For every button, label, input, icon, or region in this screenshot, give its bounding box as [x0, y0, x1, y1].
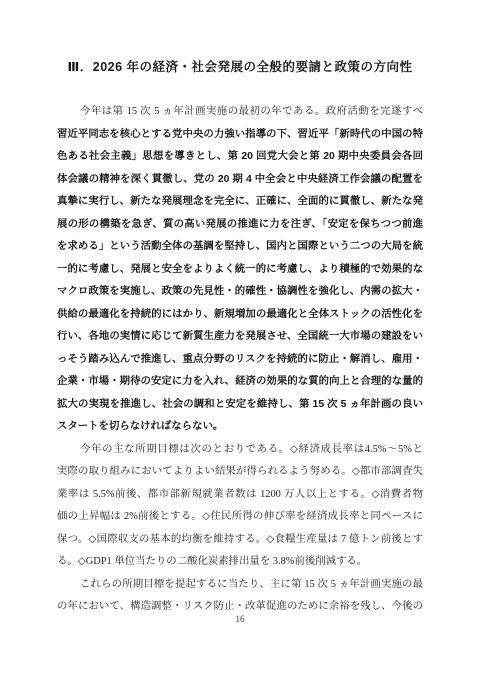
text-line: を求める」という活動全体の基調を堅持し、国内と国際という二つの大局を統: [57, 236, 423, 259]
text-line: 保つ。◇国際収支の基本的均衡を維持する。◇食糧生産量は 7 億トン前後とす: [57, 529, 423, 552]
text-line: スタートを切らなければならない。: [57, 416, 423, 439]
page-number: 16: [0, 614, 480, 624]
text-line: 拡大の実現を推進し、社会の調和と安定を維持し、第 15 次 5 ヵ年計画の良い: [57, 394, 423, 417]
text-line: 今年は第 15 次 5 ヵ年計画実施の最初の年である。政府活動を完遂すべく、: [57, 101, 423, 124]
text-line: 行い、各地の実情に応じて新質生産力を発展させ、全国統一大市場の建設をい: [57, 326, 423, 349]
text-line: 体会議の精神を深く貫徹し、党の 20 期 4 中全会と中央経済工作会議の配置を: [57, 169, 423, 192]
text-line: これらの所期目標を提起するに当たり、主に第 15 次 5 ヵ年計画実施の最初: [57, 574, 423, 597]
text-line: 展の形の構築を急ぎ、質の高い発展の推進に力を注ぎ、「安定を保ちつつ前進: [57, 214, 423, 237]
text-line: 実際の取り組みにおいてよりよい結果が得られるよう努める。◇都市部調査失: [57, 461, 423, 484]
text-line: 企業・市場・期待の安定に力を入れ、経済の効果的な質的向上と合理的な量的: [57, 371, 423, 394]
text-line: 業率は 5.5%前後、都市部新規就業者数は 1200 万人以上とする。◇消費者物: [57, 484, 423, 507]
text-line: 一的に考慮し、発展と安全をよりよく統一的に考慮し、より積極的で効果的な: [57, 259, 423, 282]
text-line: る。◇GDP1 単位当たりの二酸化炭素排出量を 3.8%前後削減する。: [57, 551, 423, 574]
text-line: 今年の主な所期目標は次のとおりである。◇経済成長率は4.5%～5%とし、: [57, 439, 423, 462]
document-page: Ⅲ．2026 年の経済・社会発展の全般的要請と政策の方向性 今年は第 15 次 …: [0, 0, 480, 679]
text-line: 色ある社会主義」思想を導きとし、第 20 回党大会と第 20 期中央委員会各回全: [57, 146, 423, 169]
text-line: っそう踏み込んで推進し、重点分野のリスクを持続的に防止・解消し、雇用・: [57, 349, 423, 372]
text-line: 供給の最適化を持続的にはかり、新規増加の最適化と全体ストックの活性化を: [57, 304, 423, 327]
text-line: 真摯に実行し、新たな発展理念を完全に、正確に、全面的に貫徹し、新たな発: [57, 191, 423, 214]
body-text: 今年は第 15 次 5 ヵ年計画実施の最初の年である。政府活動を完遂すべく、習近…: [57, 101, 423, 619]
section-title: Ⅲ．2026 年の経済・社会発展の全般的要請と政策の方向性: [0, 57, 480, 75]
text-line: 価の上昇幅は 2%前後とする。◇住民所得の伸び率を経済成長率と同ペースに: [57, 506, 423, 529]
text-line: 習近平同志を核心とする党中央の力強い指導の下、習近平「新時代の中国の特: [57, 124, 423, 147]
text-line: マクロ政策を実施し、政策の先見性・的確性・協調性を強化し、内需の拡大・: [57, 281, 423, 304]
